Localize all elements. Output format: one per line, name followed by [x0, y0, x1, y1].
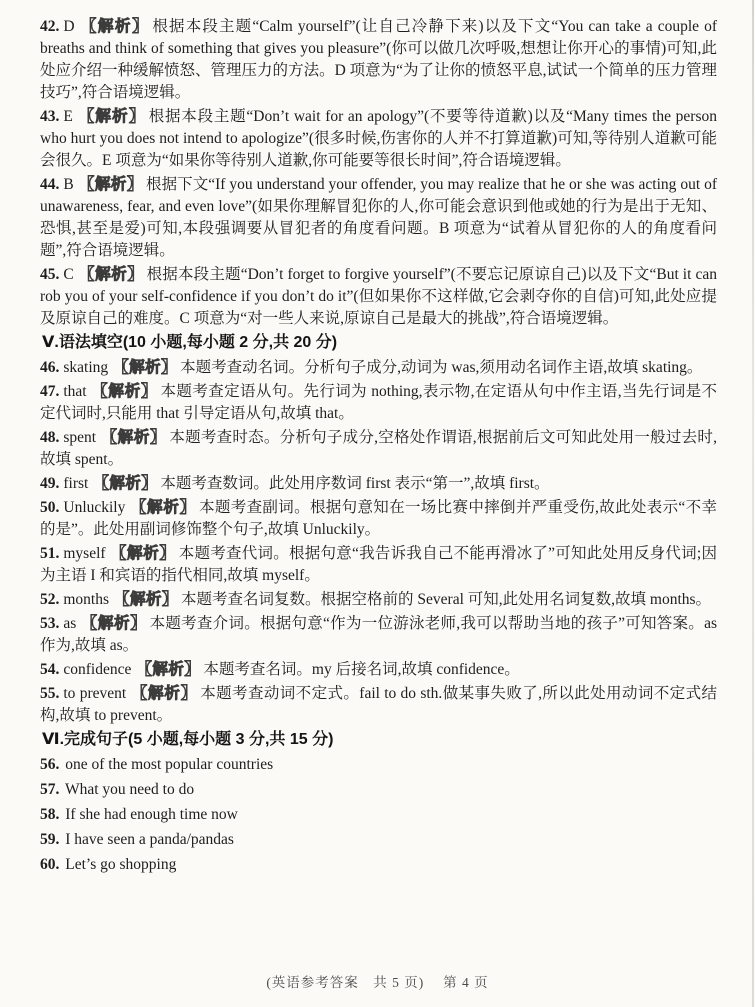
analysis-marker: 【解析】 [113, 359, 177, 376]
analysis-marker: 【解析】 [136, 661, 200, 678]
item-body: 本题考查名词。my 后接名词,故填 confidence。 [203, 661, 519, 678]
analysis-marker: 【解析】 [130, 499, 196, 516]
section-heading-complete-sentences: Ⅵ.完成句子(5 小题,每小题 3 分,共 15 分) [42, 729, 717, 751]
item-number: 50. [40, 499, 59, 516]
answer-text: If she had enough time now [65, 806, 238, 823]
explanation-item-45: 45.C【解析】根据本段主题“Don’t forget to forgive y… [40, 264, 717, 330]
explanation-item-53: 53.as【解析】本题考查介词。根据句意“作为一位游泳老师,我可以帮助当地的孩子… [40, 613, 717, 657]
item-answer: first [63, 475, 88, 492]
item-answer: skating [63, 359, 108, 376]
item-answer: E [63, 108, 72, 125]
item-number: 47. [40, 383, 59, 400]
item-body: 本题考查名词复数。根据空格前的 Several 可知,此处用名词复数,故填 mo… [181, 591, 711, 608]
analysis-marker: 【解析】 [114, 591, 178, 608]
answer-line-59: 59. I have seen a panda/pandas [40, 829, 717, 851]
explanation-item-46: 46.skating【解析】本题考查动名词。分析句子成分,动词为 was,须用动… [40, 357, 717, 379]
item-number: 54. [40, 661, 59, 678]
item-number: 48. [40, 429, 59, 446]
item-number: 51. [40, 545, 59, 562]
explanation-item-51: 51.myself【解析】本题考查代词。根据句意“我告诉我自己不能再滑冰了”可知… [40, 543, 717, 587]
explanation-item-48: 48.spent【解析】本题考查时态。分析句子成分,空格处作谓语,根据前后文可知… [40, 427, 717, 471]
explanation-item-43: 43.E【解析】根据本段主题“Don’t wait for an apology… [40, 106, 717, 172]
item-number: 43. [40, 108, 59, 125]
explanation-item-44: 44.B【解析】根据下文“If you understand your offe… [40, 174, 717, 262]
item-answer: to prevent [63, 685, 126, 702]
analysis-marker: 【解析】 [79, 266, 144, 283]
explanation-item-54: 54.confidence【解析】本题考查名词。my 后接名词,故填 confi… [40, 659, 717, 681]
item-number: 59. [40, 831, 59, 848]
item-number: 49. [40, 475, 59, 492]
item-number: 52. [40, 591, 59, 608]
explanation-item-49: 49.first【解析】本题考查数词。此处用序数词 first 表示“第一”,故… [40, 473, 717, 495]
item-number: 60. [40, 856, 59, 873]
item-number: 55. [40, 685, 59, 702]
explanation-item-50: 50.Unluckily【解析】本题考查副词。根据句意知在一场比赛中摔倒并严重受… [40, 497, 717, 541]
item-answer: B [63, 176, 73, 193]
item-answer: D [63, 18, 74, 35]
page-footer: (英语参考答案 共 5 页) 第 4 页 [0, 971, 755, 991]
analysis-marker: 【解析】 [93, 475, 157, 492]
item-answer: Unluckily [63, 499, 125, 516]
answer-line-57: 57. What you need to do [40, 779, 717, 801]
analysis-marker: 【解析】 [79, 176, 143, 193]
answer-text: one of the most popular countries [65, 756, 273, 773]
item-body: 本题考查动名词。分析句子成分,动词为 was,须用动名词作主语,故填 skati… [180, 359, 702, 376]
analysis-marker: 【解析】 [101, 429, 166, 446]
answer-line-56: 56. one of the most popular countries [40, 754, 717, 776]
answer-text: Let’s go shopping [65, 856, 176, 873]
explanation-item-55: 55.to prevent【解析】本题考查动词不定式。fail to do st… [40, 683, 717, 727]
analysis-marker: 【解析】 [92, 383, 158, 400]
section-heading-grammar-fill: Ⅴ.语法填空(10 小题,每小题 2 分,共 20 分) [42, 332, 717, 354]
item-number: 57. [40, 781, 59, 798]
explanation-item-47: 47.that【解析】本题考查定语从句。先行词为 nothing,表示物,在定语… [40, 381, 717, 425]
analysis-marker: 【解析】 [81, 615, 146, 632]
item-number: 53. [40, 615, 59, 632]
answer-line-58: 58. If she had enough time now [40, 804, 717, 826]
item-number: 58. [40, 806, 59, 823]
item-number: 44. [40, 176, 59, 193]
explanation-item-52: 52.months【解析】本题考查名词复数。根据空格前的 Several 可知,… [40, 589, 717, 611]
answer-key-page: 42.D【解析】根据本段主题“Calm yourself”(让自己冷静下来)以及… [0, 0, 755, 1007]
item-answer: C [63, 266, 73, 283]
item-number: 42. [40, 18, 59, 35]
answer-text: I have seen a panda/pandas [65, 831, 234, 848]
explanation-item-42: 42.D【解析】根据本段主题“Calm yourself”(让自己冷静下来)以及… [40, 16, 717, 104]
item-answer: as [63, 615, 76, 632]
analysis-marker: 【解析】 [78, 108, 146, 125]
item-number: 45. [40, 266, 59, 283]
item-number: 56. [40, 756, 59, 773]
answer-text: What you need to do [65, 781, 194, 798]
item-answer: myself [63, 545, 105, 562]
item-answer: months [63, 591, 109, 608]
item-number: 46. [40, 359, 59, 376]
scan-edge-artifact [752, 0, 754, 1007]
analysis-marker: 【解析】 [131, 685, 197, 702]
item-answer: confidence [63, 661, 131, 678]
item-answer: that [63, 383, 86, 400]
analysis-marker: 【解析】 [80, 18, 150, 35]
item-body: 本题考查数词。此处用序数词 first 表示“第一”,故填 first。 [160, 475, 549, 492]
item-answer: spent [63, 429, 96, 446]
analysis-marker: 【解析】 [111, 545, 176, 562]
answer-line-60: 60. Let’s go shopping [40, 854, 717, 876]
